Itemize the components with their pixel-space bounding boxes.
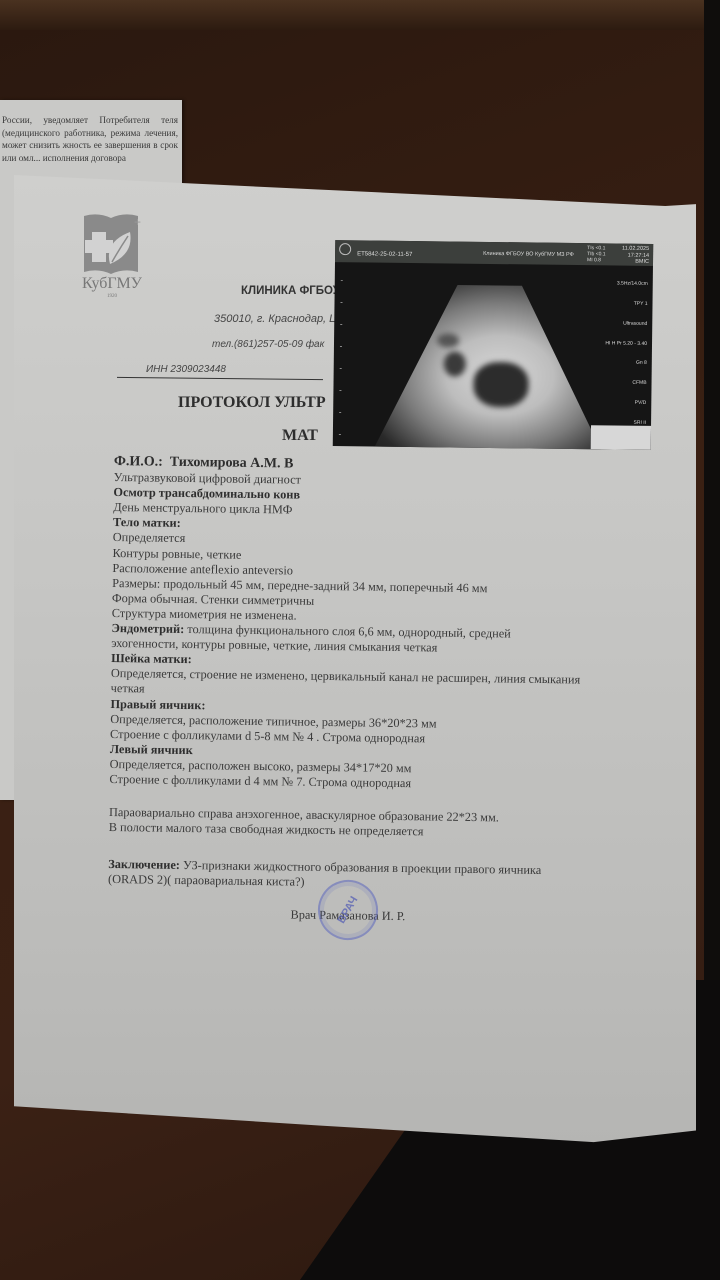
setting: HI H Pr 5.20 - 3.40 — [605, 340, 647, 347]
ultrasound-date: 11.02.2025 — [622, 246, 649, 253]
ultrasound-patient-id: ET5842-25-02-11-57 — [357, 251, 412, 258]
background-top — [0, 0, 720, 30]
ultrasound-settings: 3.5Hz/14.0cm TPY 1 Ultrasound HI H Pr 5.… — [604, 267, 648, 439]
scanner-logo-icon — [339, 243, 351, 255]
clinic-inn: ИНН 2309023448 — [146, 364, 226, 375]
endometrium-label: Эндометрий: — [111, 621, 184, 636]
param-mi: MI 0.8 — [587, 257, 606, 263]
setting: Gn 8 — [605, 360, 647, 367]
clinic-phone: тел.(861)257-05-09 фак — [212, 339, 324, 350]
setting: Ultrasound — [606, 320, 648, 327]
depth-scale — [339, 280, 343, 440]
conclusion-label: Заключение: — [108, 857, 180, 872]
report-body: Ф.И.О.: Тихомирова А.М. В Ультразвуковой… — [107, 454, 673, 928]
ultrasound-header-bar: ET5842-25-02-11-57 Клиника ФГБОУ ВО КубГ… — [335, 240, 653, 266]
scan-cyst-feature — [473, 362, 529, 408]
setting: CFMB — [605, 379, 647, 386]
scan-feature — [437, 333, 459, 347]
back-sheet-paragraph: России, уведомляет Потребителя теля (мед… — [2, 114, 178, 164]
ultrasound-datetime: 11.02.2025 17:27:14 BMIC — [622, 246, 649, 266]
document-subtitle: МАТ — [282, 427, 318, 445]
ultrasound-image: ET5842-25-02-11-57 Клиника ФГБОУ ВО КубГ… — [333, 240, 653, 450]
setting: TPY 1 — [606, 300, 648, 307]
ultrasound-mode: BMIC — [622, 259, 649, 266]
ultrasound-clinic: Клиника ФГБОУ ВО КубГМУ МЗ РФ — [483, 251, 574, 258]
logo-year: 1920 — [72, 294, 152, 299]
svg-text:+: + — [134, 215, 141, 229]
fio-value: Тихомирова А.М. В — [170, 455, 294, 472]
photo-corner — [591, 425, 651, 450]
fio-label: Ф.И.О.: — [114, 454, 163, 470]
document-title: ПРОТОКОЛ УЛЬТР — [178, 394, 326, 412]
setting: 3.5Hz/14.0cm — [606, 281, 648, 288]
setting: PV/D — [605, 399, 647, 406]
ultrasound-params: TIs <0.1 TIb <0.1 MI 0.8 — [587, 245, 606, 263]
clinic-name: КЛИНИКА ФГБОУ — [241, 285, 340, 297]
logo-name: КубГМУ — [72, 275, 152, 293]
